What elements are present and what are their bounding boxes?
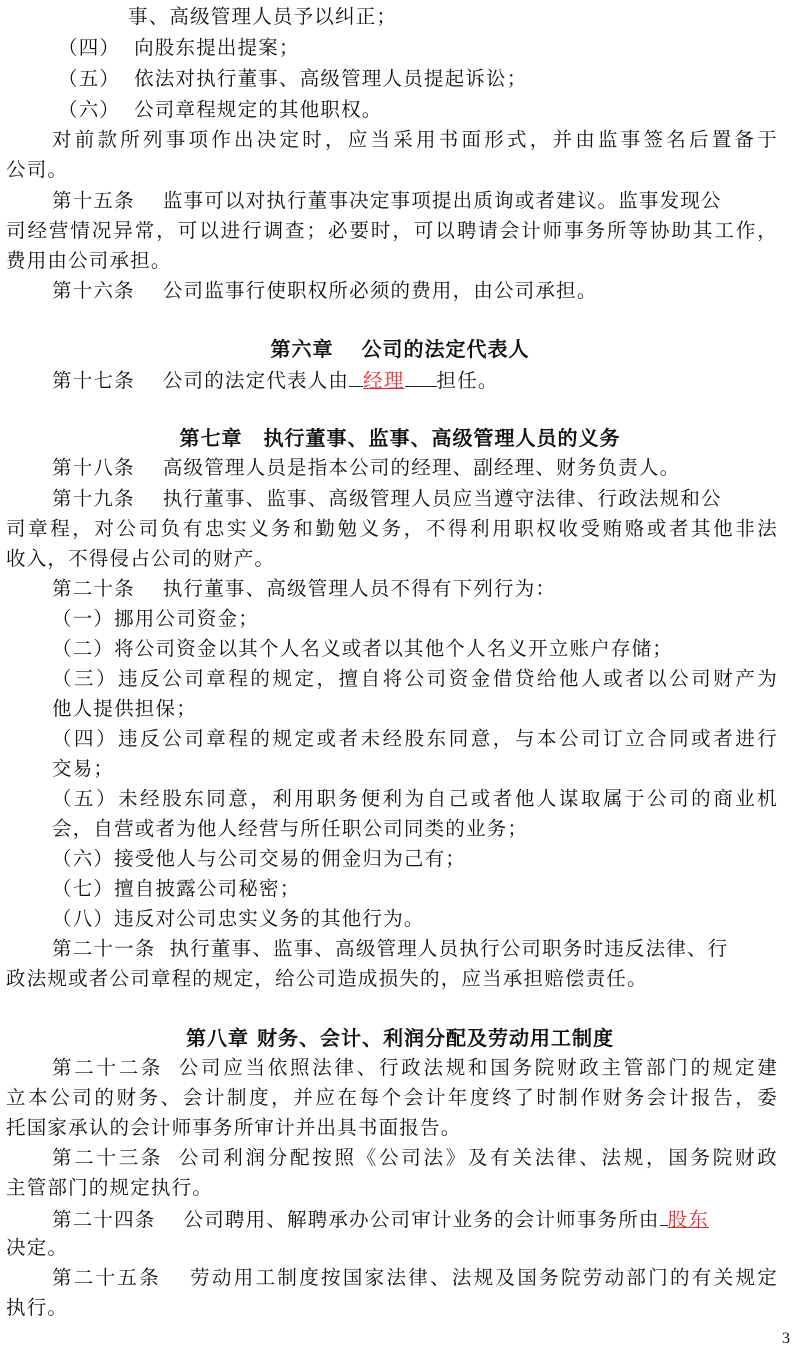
paragraph-line: 费用由公司承担。 [0,246,796,276]
list-item-continuation: 交易； [0,754,800,784]
list-item: （五）未经股东同意，利用职务便利为自己或者他人谋取属于公司的商业机 [0,784,778,814]
item-number: （五） [52,787,118,810]
list-item: （四）违反公司章程的规定或者未经股东同意，与本公司订立合同或者进行 [0,724,778,754]
paragraph-line: 司章程，对公司负有忠实义务和勤勉义务，不得利用职权收受贿赂或者其他非法 [0,514,778,544]
item-text: 将公司资金以其个人名义或者以其他个人名义开立账户存储； [114,637,673,660]
article-21: 第二十一条执行董事、监事、高级管理人员执行公司职务时违反法律、行 [0,934,778,964]
list-item-6: （六）公司章程规定的其他职权。 [0,95,800,125]
paragraph-line: 对前款所列事项作出决定时，应当采用书面形式，并由监事签名后置备于 [0,125,778,155]
list-item: （一）挪用公司资金； [0,604,800,634]
list-item: （二）将公司资金以其个人名义或者以其他个人名义开立账户存储； [0,634,800,664]
item-number: （三） [52,667,118,690]
article-text: 执行董事、高级管理人员不得有下列行为： [163,577,556,600]
text: 公司。 [6,158,68,181]
article-text: 执行董事、监事、高级管理人员应当遵守法律、行政法规和公 [163,487,722,510]
article-22: 第二十二条公司应当依照法律、行政法规和国务院财政主管部门的规定建 [0,1053,778,1083]
chapter-title: 第八章 财务、会计、利润分配及劳动用工制度 [186,1026,614,1050]
article-25: 第二十五条劳动用工制度按国家法律、法规及国务院劳动部门的有关规定 [0,1263,778,1293]
article-text: 公司的法定代表人由 [163,369,349,392]
list-item-5: （五）依法对执行董事、高级管理人员提起诉讼； [0,64,800,94]
chapter-title: 第七章 执行董事、监事、高级管理人员的义务 [180,426,621,450]
paragraph-line: 执行。 [0,1293,796,1323]
chapter-number: 第六章 [271,337,334,361]
item-text: 依法对执行董事、高级管理人员提起诉讼； [134,67,527,90]
item-number: （八） [52,907,114,930]
text: 主管部门的规定执行。 [6,1176,213,1199]
item-number: （七） [52,877,114,900]
item-text: 擅自披露公司秘密； [114,877,300,900]
item-text: 未经股东同意，利用职务便利为自己或者他人谋取属于公司的商业机 [118,787,778,810]
article-text: 监事可以对执行董事决定事项提出质询或者建议。监事发现公 [163,189,722,212]
blank-underline [405,364,437,387]
article-text: 劳动用工制度按国家法律、法规及国务院劳动部门的有关规定 [189,1266,778,1289]
paragraph-line: 司经营情况异常，可以进行调查；必要时，可以聘请会计师事务所等协助其工作， [0,216,778,246]
article-19: 第十九条执行董事、监事、高级管理人员应当遵守法律、行政法规和公 [0,484,778,514]
chapter-6-heading: 第六章公司的法定代表人 [0,334,800,364]
blank-underline [660,1203,668,1226]
text: 决定。 [6,1236,68,1259]
page-number: 3 [782,1330,790,1348]
paragraph-line: 收入，不得侵占公司的财产。 [0,544,796,574]
article-title: 第二十一条 [52,937,156,960]
article-15: 第十五条监事可以对执行董事决定事项提出质询或者建议。监事发现公 [0,186,778,216]
item-number: （六） [52,847,114,870]
text: 执行。 [6,1296,68,1319]
list-item-continuation: 他人提供担保； [0,694,800,724]
article-title: 第二十四条 [52,1208,156,1231]
item-text: 违反公司章程的规定，擅自将公司资金借贷给他人或者以公司财产为 [118,667,778,690]
item-number: （五） [58,67,120,90]
article-title: 第十五条 [52,189,135,212]
item-text: 公司章程规定的其他职权。 [134,98,382,121]
chapter-8-heading: 第八章 财务、会计、利润分配及劳动用工制度 [0,1023,800,1053]
filled-value: 经理 [363,369,404,392]
text: 对前款所列事项作出决定时，应当采用书面形式，并由监事签名后置备于 [52,128,778,151]
text: 事、高级管理人员予以纠正； [0,5,397,28]
article-20: 第二十条执行董事、高级管理人员不得有下列行为： [0,574,800,604]
text: 司章程，对公司负有忠实义务和勤勉义务，不得利用职权收受贿赂或者其他非法 [6,517,778,540]
item-number: （二） [52,637,114,660]
article-text: 公司应当依照法律、行政法规和国务院财政主管部门的规定建 [177,1056,778,1079]
article-title: 第十七条 [52,369,135,392]
article-18: 第十八条高级管理人员是指本公司的经理、副经理、财务负责人。 [0,453,800,483]
article-text: 公司利润分配按照《公司法》及有关法律、法规，国务院财政 [177,1146,778,1169]
article-title: 第二十条 [52,577,135,600]
chapter-7-heading: 第七章 执行董事、监事、高级管理人员的义务 [0,423,800,453]
list-item: （六）接受他人与公司交易的佣金归为己有； [0,844,800,874]
article-title: 第二十三条 [52,1146,163,1169]
article-16: 第十六条公司监事行使职权所必须的费用，由公司承担。 [0,276,800,306]
item-text: 挪用公司资金； [114,607,259,630]
article-text: 担任。 [437,369,499,392]
list-item-continuation: 事、高级管理人员予以纠正； [0,2,790,32]
article-text: 执行董事、监事、高级管理人员执行公司职务时违反法律、行 [170,937,729,960]
text: 政法规或者公司章程的规定，给公司造成损失的，应当承担赔偿责任。 [6,967,648,990]
text: 费用由公司承担。 [6,249,172,272]
item-number: （一） [52,607,114,630]
paragraph-line: 托国家承认的会计师事务所审计并出具书面报告。 [0,1113,796,1143]
document-page: 事、高级管理人员予以纠正； （四）向股东提出提案； （五）依法对执行董事、高级管… [0,0,800,1358]
text: 收入，不得侵占公司的财产。 [6,547,275,570]
paragraph-line: 立本公司的财务、会计制度，并应在每个会计年度终了时制作财务会计报告，委 [0,1083,778,1113]
text: 司经营情况异常，可以进行调查；必要时，可以聘请会计师事务所等协助其工作， [6,219,778,242]
item-text: 接受他人与公司交易的佣金归为己有； [114,847,466,870]
blank-underline [349,364,363,387]
article-text: 高级管理人员是指本公司的经理、副经理、财务负责人。 [163,456,681,479]
list-item-continuation: 会，自营或者为他人经营与所任职公司同类的业务； [0,814,800,844]
article-24: 第二十四条公司聘用、解聘承办公司审计业务的会计师事务所由股东 [0,1203,800,1233]
article-title: 第十九条 [52,487,135,510]
item-number: （四） [52,727,118,750]
item-text: 违反公司章程的规定或者未经股东同意，与本公司订立合同或者进行 [118,727,778,750]
item-text: 他人提供担保； [52,697,197,720]
text: 立本公司的财务、会计制度，并应在每个会计年度终了时制作财务会计报告，委 [6,1086,778,1109]
list-item: （三）违反公司章程的规定，擅自将公司资金借贷给他人或者以公司财产为 [0,664,778,694]
list-item: （七）擅自披露公司秘密； [0,874,800,904]
paragraph-line: 公司。 [0,155,796,185]
filled-value: 股东 [668,1208,709,1231]
item-number: （六） [58,98,120,121]
article-text: 公司监事行使职权所必须的费用，由公司承担。 [163,279,598,302]
article-17: 第十七条公司的法定代表人由经理担任。 [0,364,800,394]
item-text: 交易； [52,757,114,780]
paragraph-line: 政法规或者公司章程的规定，给公司造成损失的，应当承担赔偿责任。 [0,964,796,994]
paragraph-line: 主管部门的规定执行。 [0,1173,796,1203]
article-title: 第十六条 [52,279,135,302]
paragraph-line: 决定。 [0,1233,796,1263]
article-text: 公司聘用、解聘承办公司审计业务的会计师事务所由 [184,1208,660,1231]
item-number: （四） [58,36,120,59]
list-item: （八）违反对公司忠实义务的其他行为。 [0,904,800,934]
article-23: 第二十三条公司利润分配按照《公司法》及有关法律、法规，国务院财政 [0,1143,778,1173]
item-text: 违反对公司忠实义务的其他行为。 [114,907,425,930]
article-title: 第二十二条 [52,1056,163,1079]
article-title: 第二十五条 [52,1266,161,1289]
article-title: 第十八条 [52,456,135,479]
list-item-4: （四）向股东提出提案； [0,33,800,63]
item-text: 会，自营或者为他人经营与所任职公司同类的业务； [52,817,528,840]
chapter-title: 公司的法定代表人 [362,337,530,361]
item-text: 向股东提出提案； [134,36,300,59]
text: 托国家承认的会计师事务所审计并出具书面报告。 [6,1116,461,1139]
